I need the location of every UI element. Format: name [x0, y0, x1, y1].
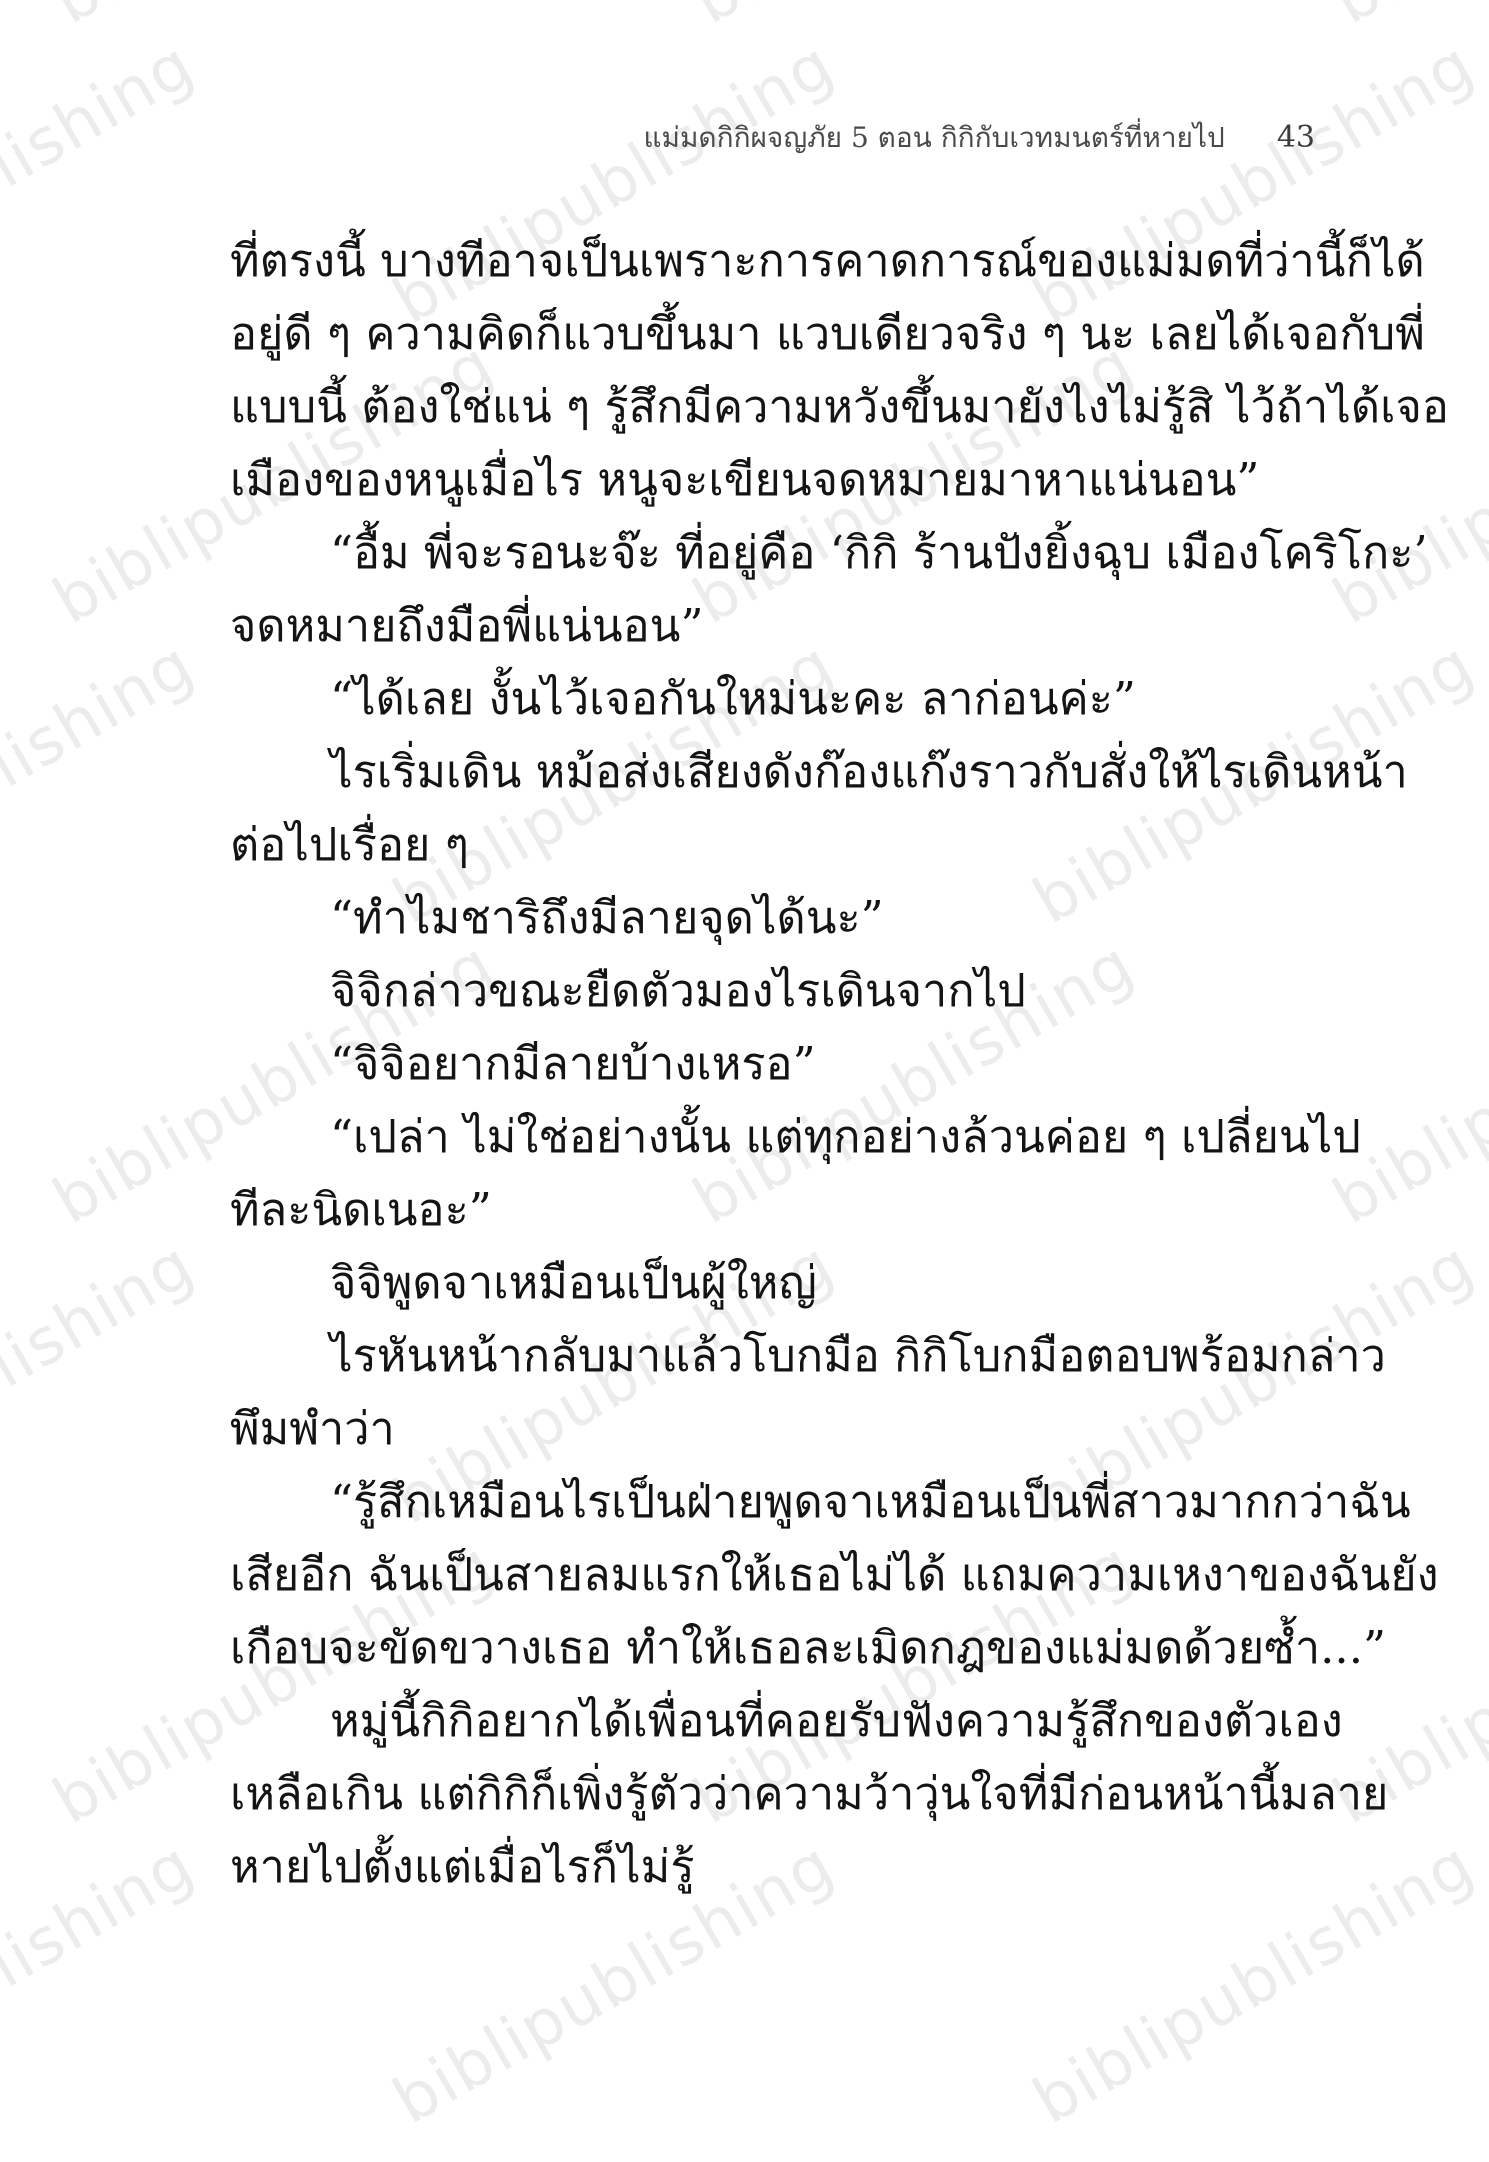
watermark-text: biblipublishing [1322, 928, 1489, 1240]
text-line: เสียอีก ฉันเป็นสายลมแรกให้เธอไม่ได้ แถมค… [230, 1538, 1290, 1611]
text-line: หมู่นี้กิกิอยากได้เพื่อนที่คอยรับฟังความ… [230, 1684, 1290, 1757]
text-line: “เปล่า ไม่ใช่อย่างนั้น แต่ทุกอย่างล้วนค่… [230, 1100, 1290, 1173]
text-line: ไรเริ่มเดิน หม้อส่งเสียงดังก๊องแก๊งราวกั… [230, 735, 1290, 808]
text-line: “ได้เลย งั้นไว้เจอกันใหม่นะคะ ลาก่อนค่ะ” [230, 662, 1290, 735]
running-header-title: แม่มดกิกิผจญภัย 5 ตอน กิกิกับเวทมนตร์ที่… [643, 121, 1224, 154]
text-line: จดหมายถึงมือพี่แน่นอน” [230, 589, 1290, 662]
page-number: 43 [1277, 120, 1315, 155]
text-line: หายไปตั้งแต่เมื่อไรก็ไม่รู้ [230, 1830, 1290, 1903]
watermark-text: biblipublishing [42, 0, 508, 39]
text-line: แบบนี้ ต้องใช่แน่ ๆ รู้สึกมีความหวังขึ้น… [230, 370, 1290, 443]
watermark-text: biblipublishing [0, 628, 207, 940]
watermark-text: biblipublishing [1322, 328, 1489, 640]
text-line: เมืองของหนูเมื่อไร หนูจะเขียนจดหมายมาหาแ… [230, 443, 1290, 516]
watermark-text: biblipublishing [0, 1828, 207, 2140]
body-text: ที่ตรงนี้ บางทีอาจเป็นเพราะการคาดการณ์ขอ… [230, 224, 1290, 1903]
watermark-text: biblipublishing [0, 1228, 207, 1540]
text-line: จิจิกล่าวขณะยืดตัวมองไรเดินจากไป [230, 954, 1290, 1027]
text-line: อยู่ดี ๆ ความคิดก็แวบขึ้นมา แวบเดียวจริง… [230, 297, 1290, 370]
text-line: ที่ตรงนี้ บางทีอาจเป็นเพราะการคาดการณ์ขอ… [230, 224, 1290, 297]
text-line: “จิจิอยากมีลายบ้างเหรอ” [230, 1027, 1290, 1100]
text-line: ไรหันหน้ากลับมาแล้วโบกมือ กิกิโบกมือตอบพ… [230, 1319, 1290, 1392]
text-line: จิจิพูดจาเหมือนเป็นผู้ใหญ่ [230, 1246, 1290, 1319]
watermark-text: biblipublishing [1322, 0, 1489, 39]
text-line: “อื้ม พี่จะรอนะจ๊ะ ที่อยู่คือ ‘กิกิ ร้าน… [230, 516, 1290, 589]
book-page: biblipublishingbiblipublishingbiblipubli… [0, 0, 1489, 2162]
text-line: “รู้สึกเหมือนไรเป็นฝ่ายพูดจาเหมือนเป็นพี… [230, 1465, 1290, 1538]
watermark-text: biblipublishing [0, 28, 207, 340]
watermark-text: biblipublishing [682, 0, 1148, 39]
running-header: แม่มดกิกิผจญภัย 5 ตอน กิกิกับเวทมนตร์ที่… [0, 116, 1315, 160]
text-line: เหลือเกิน แต่กิกิก็เพิ่งรู้ตัวว่าความว้า… [230, 1757, 1290, 1830]
text-line: ต่อไปเรื่อย ๆ [230, 808, 1290, 881]
text-line: เกือบจะขัดขวางเธอ ทำให้เธอละเมิดกฎของแม่… [230, 1611, 1290, 1684]
text-line: ทีละนิดเนอะ” [230, 1173, 1290, 1246]
text-line: “ทำไมชาริถึงมีลายจุดได้นะ” [230, 881, 1290, 954]
text-line: พึมพำว่า [230, 1392, 1290, 1465]
